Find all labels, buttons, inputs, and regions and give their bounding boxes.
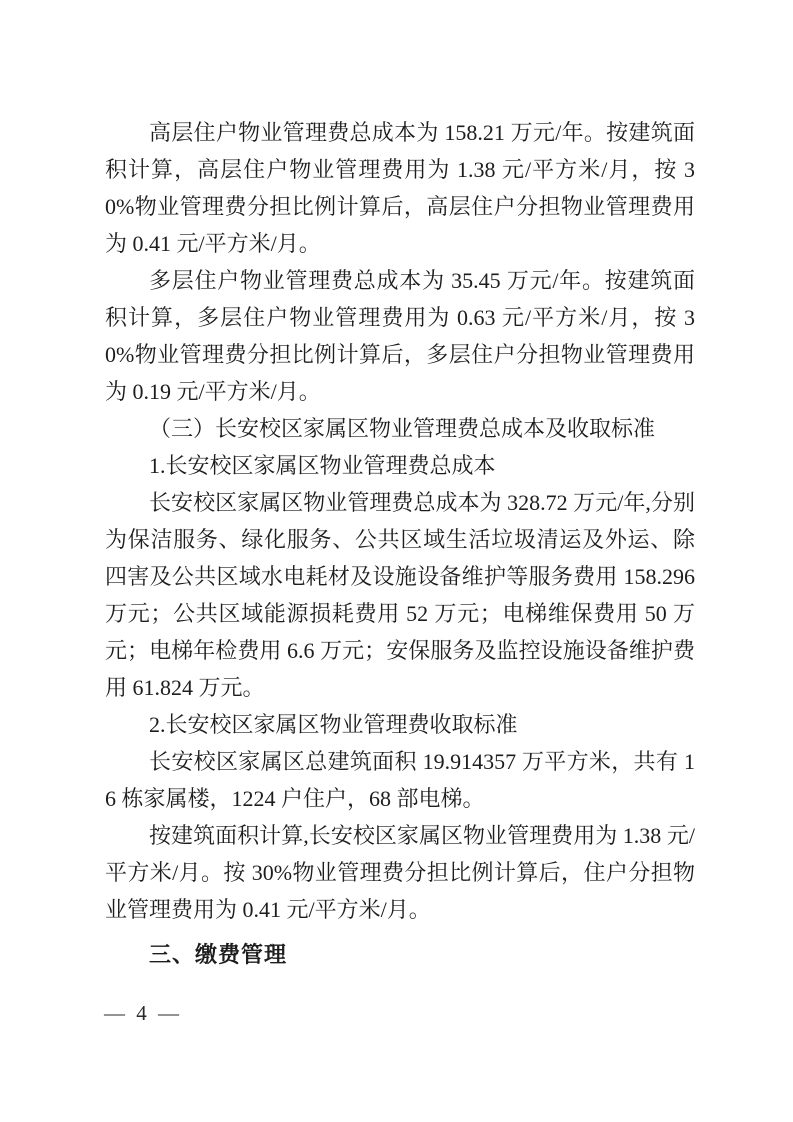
heading-payment-management: 三、缴费管理 [105, 936, 695, 973]
heading-item-1: 1.长安校区家属区物业管理费总成本 [105, 447, 695, 484]
paragraph-changan-building-info: 长安校区家属区总建筑面积 19.914357 万平方米，共有 16 栋家属楼，1… [105, 743, 695, 817]
paragraph-changan-total-cost: 长安校区家属区物业管理费总成本为 328.72 万元/年,分别为保洁服务、绿化服… [105, 484, 695, 706]
heading-section-3: （三）长安校区家属区物业管理费总成本及收取标准 [105, 410, 695, 447]
paragraph-changan-fee: 按建筑面积计算,长安校区家属区物业管理费用为 1.38 元/平方米/月。按 30… [105, 817, 695, 928]
paragraph-highrise-cost: 高层住户物业管理费总成本为 158.21 万元/年。按建筑面积计算，高层住户物业… [105, 114, 695, 262]
document-body: 高层住户物业管理费总成本为 158.21 万元/年。按建筑面积计算，高层住户物业… [105, 114, 695, 973]
heading-item-2: 2.长安校区家属区物业管理费收取标准 [105, 706, 695, 743]
page-number: — 4 — [104, 999, 182, 1027]
paragraph-multistory-cost: 多层住户物业管理费总成本为 35.45 万元/年。按建筑面积计算，多层住户物业管… [105, 262, 695, 410]
document-page: 高层住户物业管理费总成本为 158.21 万元/年。按建筑面积计算，高层住户物业… [0, 0, 793, 1122]
